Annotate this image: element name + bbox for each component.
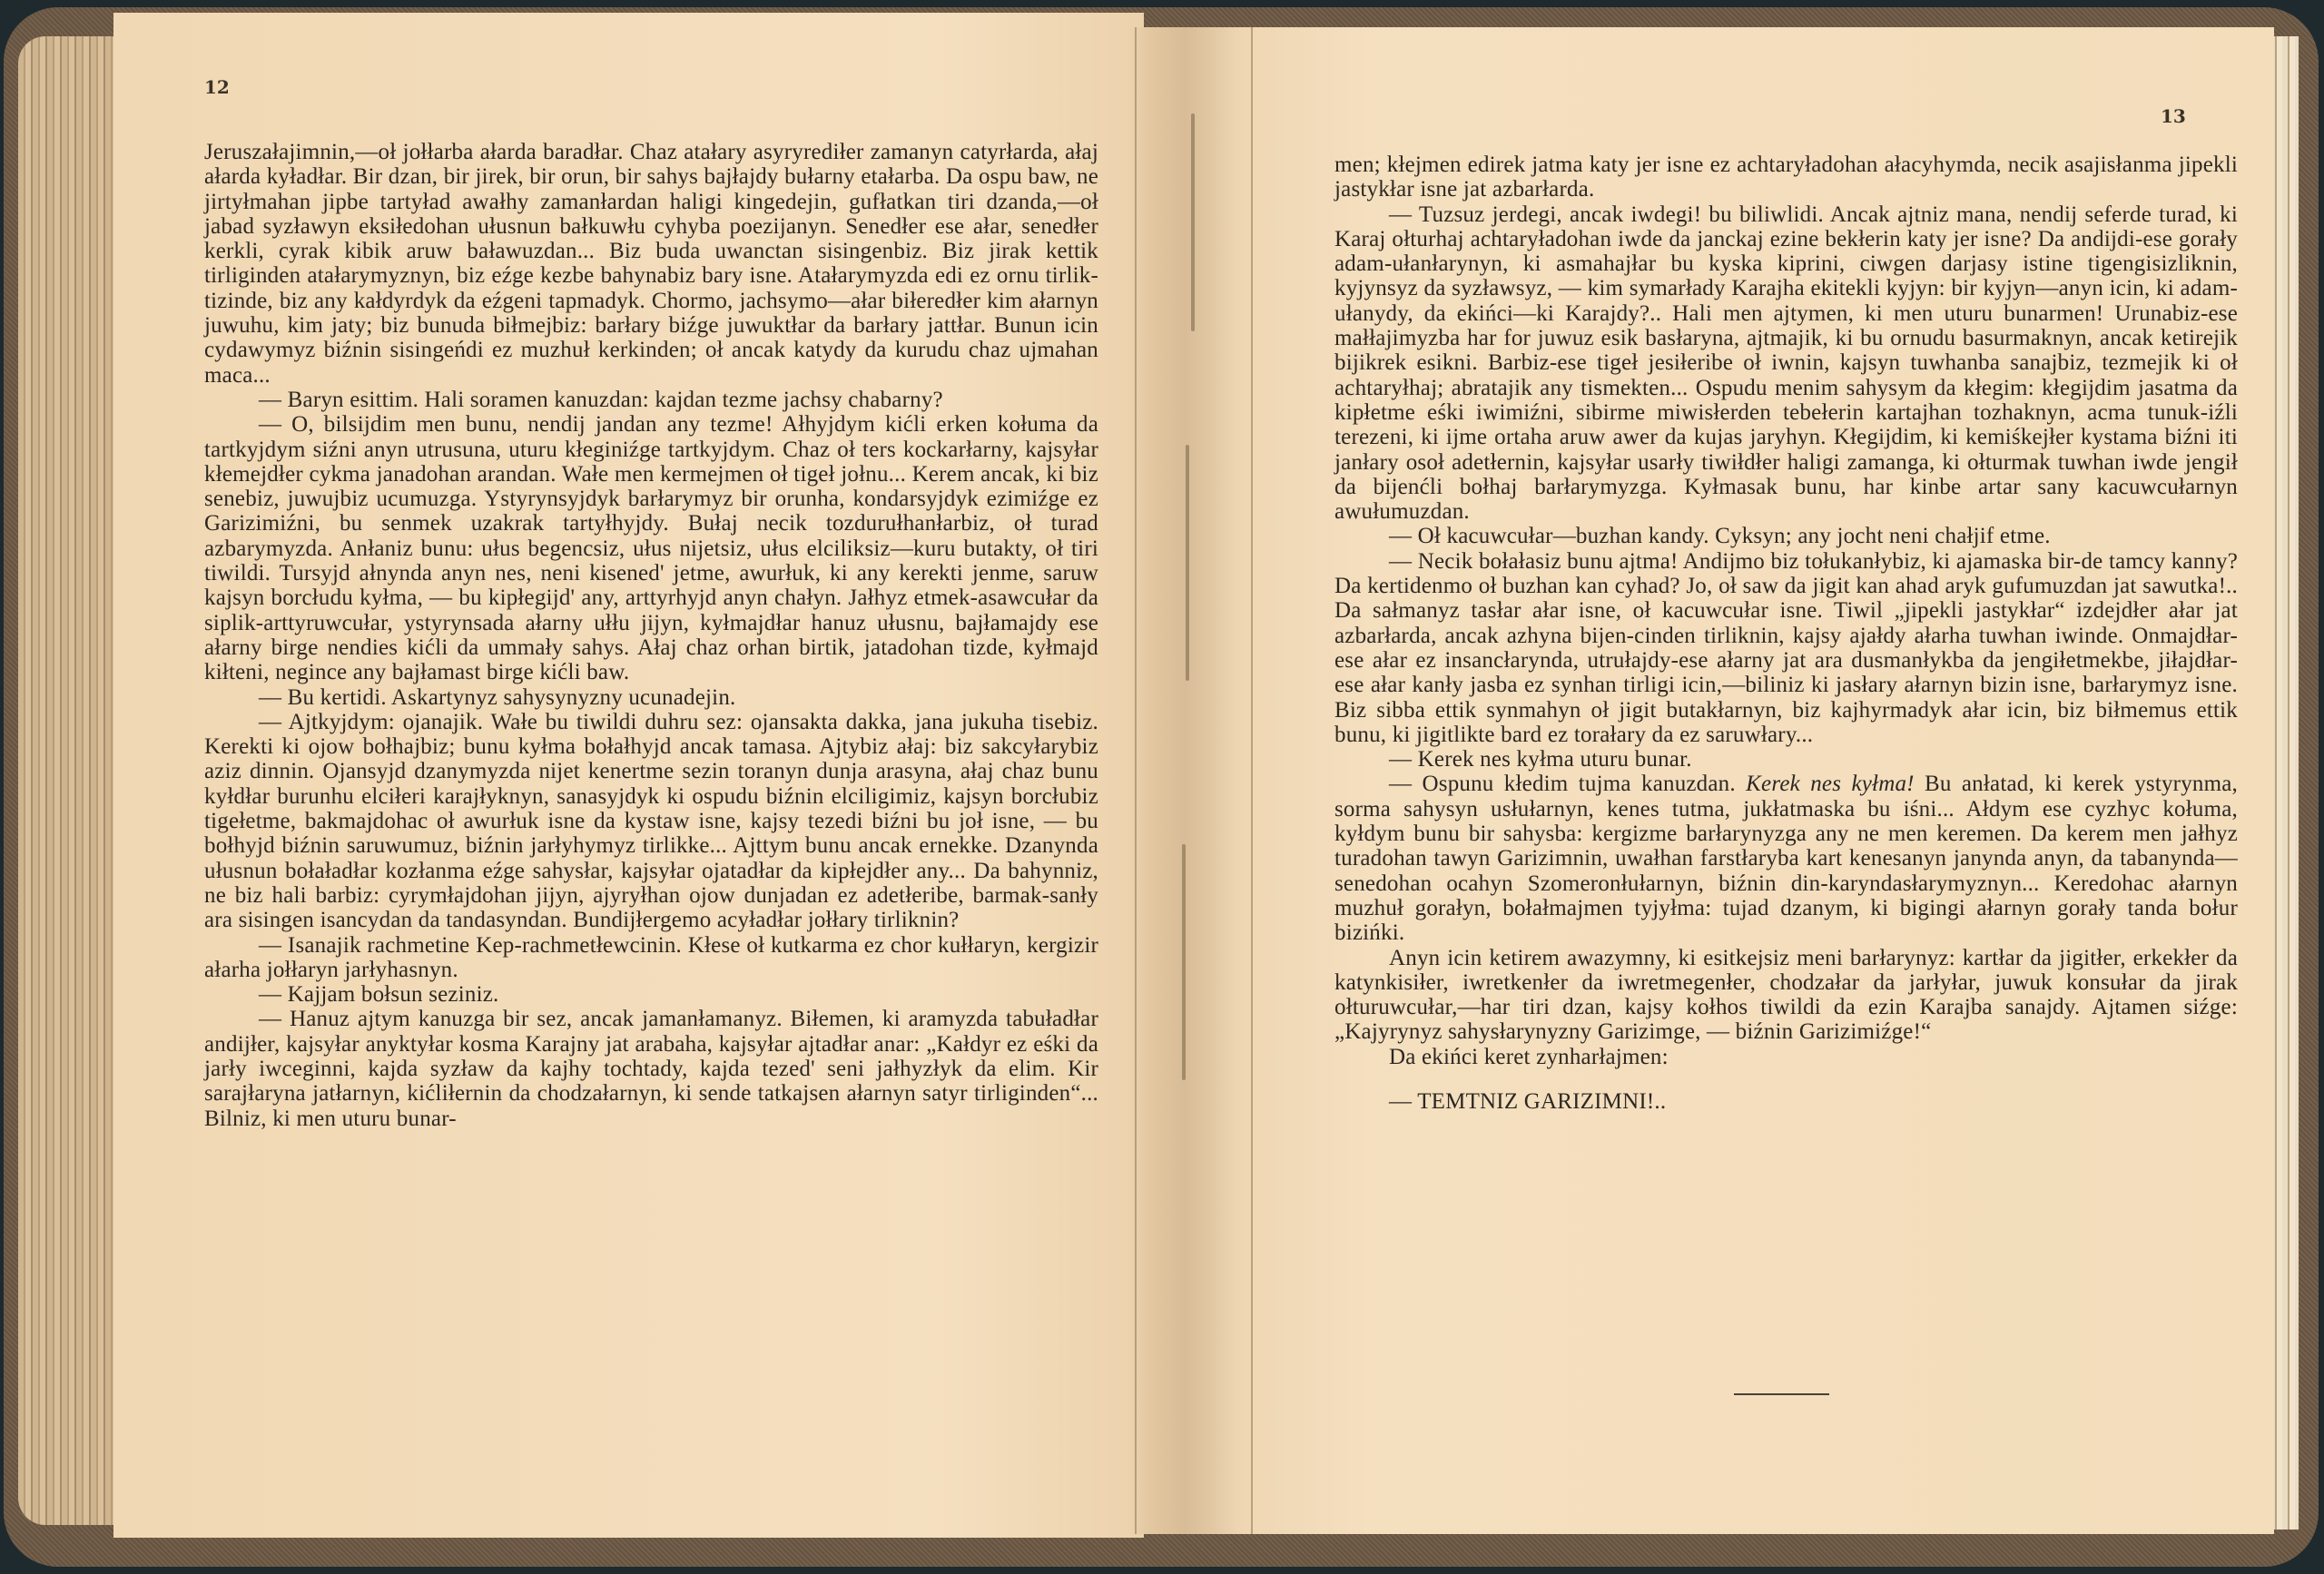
left-page: 12 Jeruszałajimnin,—oł jołłarba ałarda b… [113,13,1144,1538]
page-number-left: 12 [204,76,230,98]
paragraph: Anyn icin ketirem awazymny, ki esitkejsi… [1334,946,2238,1045]
page-edges-left [18,36,118,1525]
section-separator [1734,1393,1829,1395]
left-page-body: Jeruszałajimnin,—oł jołłarba ałarda bara… [204,140,1098,1131]
paragraph: men; kłejmen edirek jatma katy jer isne … [1334,152,2238,202]
page-number-right: 13 [2161,105,2186,127]
binding-stitch [1182,844,1186,1080]
gutter-fold-line [1251,27,1253,1534]
paragraph: — Bu kertidi. Askartynyz sahysynyzny ucu… [204,685,1098,710]
binding-stitch [1186,445,1189,681]
paragraph: — O, bilsijdim men bunu, nendij jandan a… [204,412,1098,684]
binding-stitch [1191,113,1195,331]
book-gutter [1130,27,1239,1534]
right-page-body: men; kłejmen edirek jatma katy jer isne … [1334,152,2238,1114]
paragraph: Jeruszałajimnin,—oł jołłarba ałarda bara… [204,140,1098,388]
paragraph: — Isanajik rachmetine Kep-rachmetłewcini… [204,933,1098,983]
paragraph: Da ekińci keret zynharłajmen: [1334,1045,2238,1069]
right-page: 13 men; kłejmen edirek jatma katy jer is… [1144,27,2274,1534]
paragraph: — Hanuz ajtym kanuzga bir sez, ancak jam… [204,1007,1098,1130]
paragraph: — Kerek nes kyłma uturu bunar. [1334,747,2238,772]
paragraph: — Ajtkyjdym: ojanajik. Wałe bu tiwildi d… [204,710,1098,933]
paragraph: — Baryn esittim. Hali soramen kanuzdan: … [204,388,1098,412]
paragraph: — Kajjam bołsun seziniz. [204,982,1098,1007]
paragraph: — Tuzsuz jerdegi, ancak iwdegi! bu biliw… [1334,202,2238,525]
closing-exclamation: — TEMTNIZ GARIZIMNI!.. [1334,1089,2238,1114]
paragraph: — Necik bołałasiz bunu ajtma! Andijmo bi… [1334,549,2238,747]
paragraph: — Oł kacuwcułar—buzhan kandy. Cyksyn; an… [1334,524,2238,548]
gutter-fold-line [1135,27,1137,1534]
paragraph: — Ospunu kłedim tujma kanuzdan. Kerek ne… [1334,772,2238,945]
italic-emphasis: Kerek nes kyłma! [1746,772,1915,796]
paragraph-text: Bu anłatad, ki kerek ystyrynma, sorma sa… [1334,772,2238,945]
paragraph-text: — Ospunu kłedim tujma kanuzdan. [1389,772,1746,796]
